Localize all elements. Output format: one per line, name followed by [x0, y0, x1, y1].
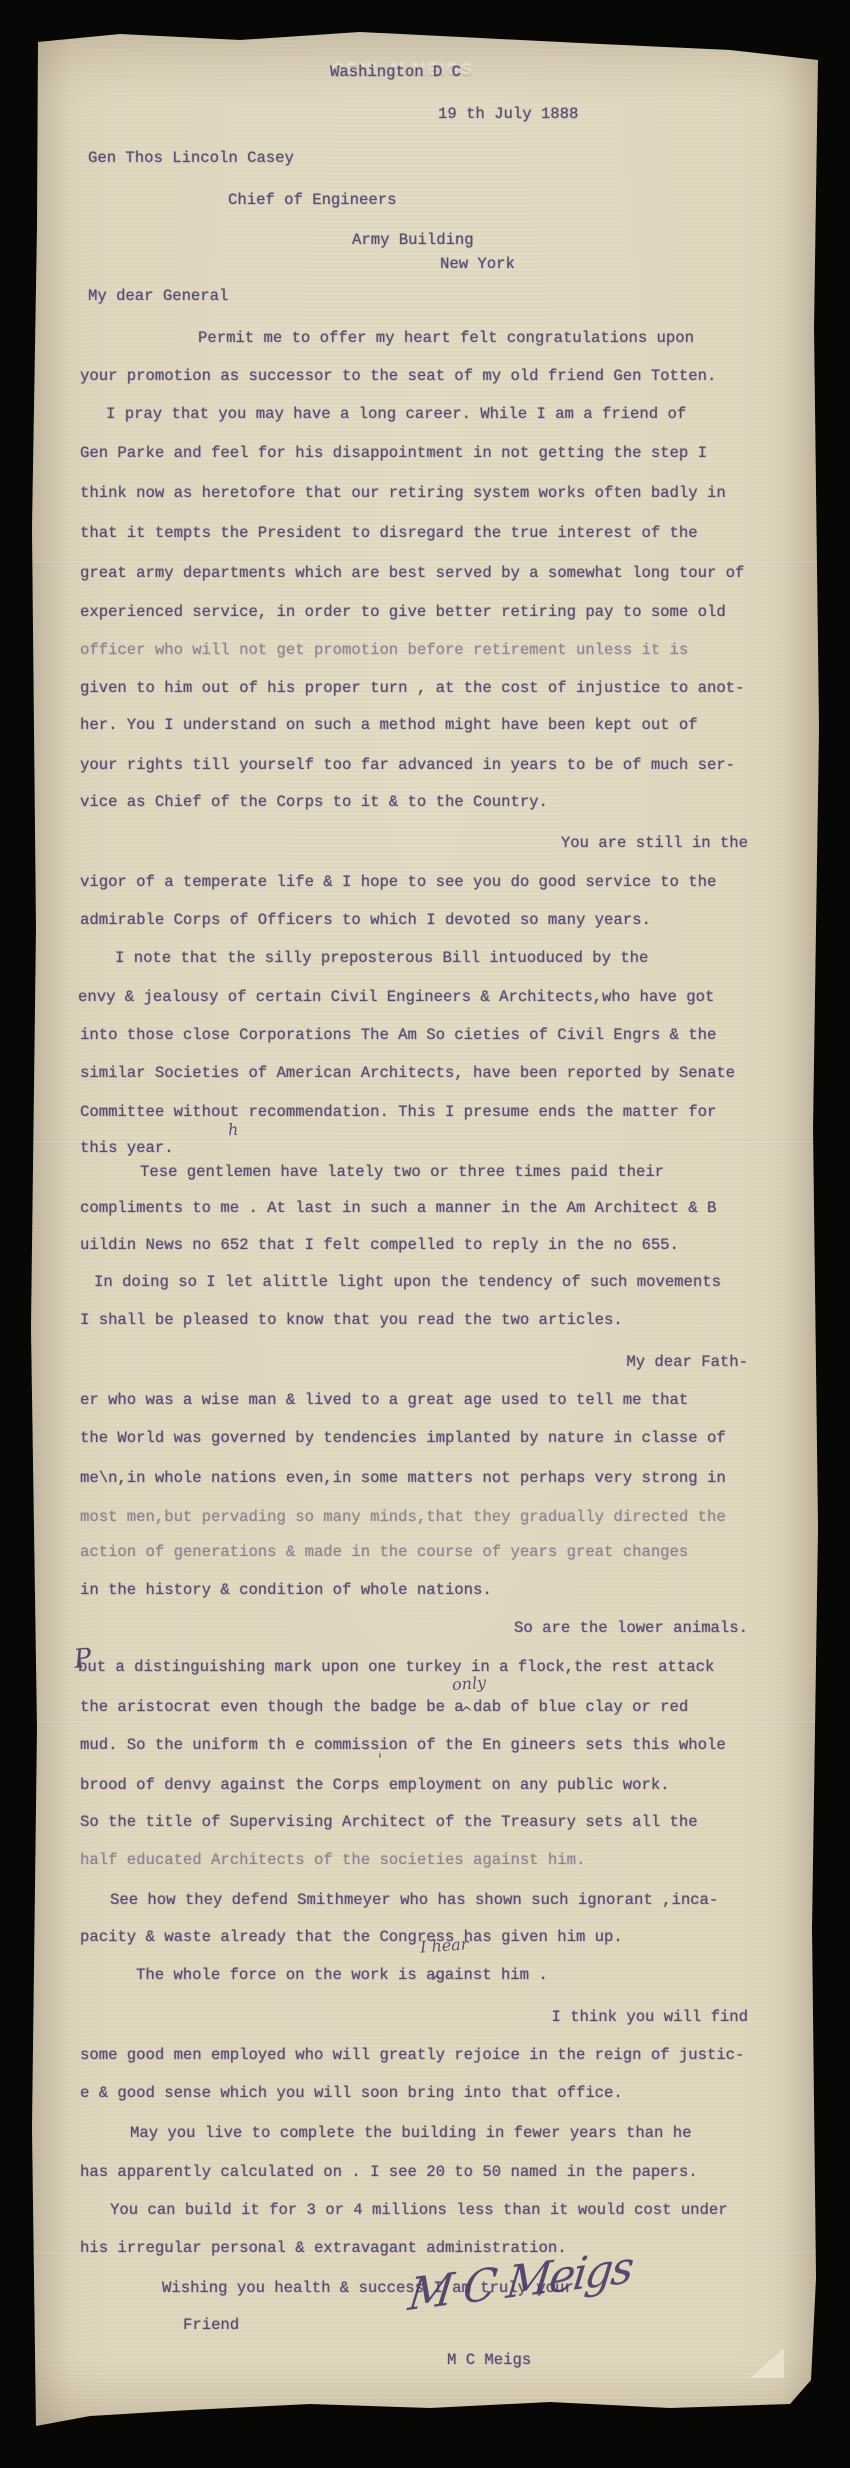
letter-line: Committee without recommendation. This I…	[80, 1102, 716, 1122]
letter-line: My dear Fath-	[626, 1352, 748, 1372]
letter-line: Permit me to offer my heart felt congrat…	[198, 328, 694, 348]
letter-line: The whole force on the work is against h…	[136, 1965, 548, 1985]
letter-line: think now as heretofore that our retirin…	[80, 483, 726, 503]
letter-line: er who was a wise man & lived to a great…	[80, 1390, 688, 1410]
letter-line: vice as Chief of the Corps to it & to th…	[80, 792, 548, 812]
letter-line: the World was governed by tendencies imp…	[80, 1428, 726, 1448]
recipient-name: Gen Thos Lincoln Casey	[88, 148, 294, 168]
letter-line: but a distinguishing mark upon one turke…	[78, 1657, 714, 1677]
signature-typed: M C Meigs	[447, 2350, 531, 2370]
handwritten-insert-only: only	[451, 1673, 486, 1694]
letter-line: e & good sense which you will soon bring…	[80, 2083, 623, 2103]
recipient-city: New York	[440, 254, 515, 274]
letter-line: I shall be pleased to know that you read…	[80, 1310, 623, 1330]
letter-line: So the title of Supervising Architect of…	[80, 1812, 698, 1832]
letter-line: Gen Parke and feel for his disappointmen…	[80, 443, 707, 463]
scanned-letter-page: GENL M MEIGS Washington D C19 th July 18…	[0, 0, 850, 2468]
letter-line: this year.	[80, 1138, 174, 1158]
salutation: My dear General	[88, 286, 228, 306]
caret-mark: ^	[459, 1703, 474, 1723]
letter-line: You can build it for 3 or 4 millions les…	[110, 2200, 728, 2220]
letter-line: See how they defend Smithmeyer who has s…	[110, 1890, 718, 1910]
letter-line: May you live to complete the building in…	[130, 2123, 691, 2143]
letter-line: given to him out of his proper turn , at…	[80, 678, 744, 698]
letter-line: me\n,in whole nations even,in some matte…	[80, 1468, 726, 1488]
letter-line: your promotion as successor to the seat …	[80, 366, 716, 386]
text-layer: Washington D C19 th July 1888Gen Thos Li…	[0, 0, 850, 2468]
letter-line: action of generations & made in the cour…	[80, 1542, 688, 1562]
letter-line: I think you will find	[551, 2007, 748, 2027]
letter-line: some good men employed who will greatly …	[80, 2045, 744, 2065]
letter-line: You are still in the	[561, 833, 748, 853]
letter-line: his irregular personal & extravagant adm…	[80, 2238, 567, 2258]
handwritten-insert-i-hear: I hear	[419, 1934, 469, 1956]
letter-line: compliments to me . At last in such a ma…	[80, 1198, 716, 1218]
recipient-building: Army Building	[352, 230, 474, 250]
letter-line: similar Societies of American Architects…	[80, 1063, 735, 1083]
letter-line: In doing so I let alittle light upon the…	[94, 1272, 721, 1292]
letter-line: vigor of a temperate life & I hope to se…	[80, 872, 716, 892]
letter-line: Tese gentlemen have lately two or three …	[140, 1162, 664, 1182]
letter-line: So are the lower animals.	[514, 1618, 748, 1638]
letter-line: brood of denvy against the Corps employm…	[80, 1775, 670, 1795]
handwritten-p-correction: P	[72, 1643, 93, 1675]
letter-line: mud. So the uniform th e commission of t…	[80, 1735, 726, 1755]
letter-line: pacity & waste already that the Congress…	[80, 1927, 623, 1947]
caret-mark: ^	[429, 1972, 444, 1992]
letter-line: experienced service, in order to give be…	[80, 602, 726, 622]
letter-line: the aristocrat even though the badge be …	[80, 1697, 688, 1717]
letter-line: great army departments which are best se…	[80, 563, 744, 583]
place-line: Washington D C	[330, 62, 461, 82]
date-line: 19 th July 1888	[438, 104, 578, 124]
letter-line: I note that the silly preposterous Bill …	[115, 948, 648, 968]
letter-line: your rights till yourself too far advanc…	[80, 755, 735, 775]
letter-line: has apparently calculated on . I see 20 …	[80, 2162, 698, 2182]
letter-line: in the history & condition of whole nati…	[80, 1580, 492, 1600]
letter-line: that it tempts the President to disregar…	[80, 523, 698, 543]
closing-friend: Friend	[183, 2315, 239, 2335]
handwritten-insert-h: h	[227, 1120, 239, 1140]
letter-line: admirable Corps of Officers to which I d…	[80, 910, 651, 930]
recipient-title: Chief of Engineers	[228, 190, 396, 210]
letter-line: half educated Architects of the societie…	[80, 1850, 585, 1870]
letter-line: her. You I understand on such a method m…	[80, 715, 698, 735]
letter-line: uildin News no 652 that I felt compelled…	[80, 1235, 679, 1255]
letter-line: envy & jealousy of certain Civil Enginee…	[78, 987, 714, 1007]
letter-line: I pray that you may have a long career. …	[106, 404, 686, 424]
letter-line: most men,but pervading so many minds,tha…	[80, 1507, 726, 1527]
letter-line: officer who will not get promotion befor…	[80, 640, 688, 660]
letter-line: into those close Corporations The Am So …	[80, 1025, 716, 1045]
